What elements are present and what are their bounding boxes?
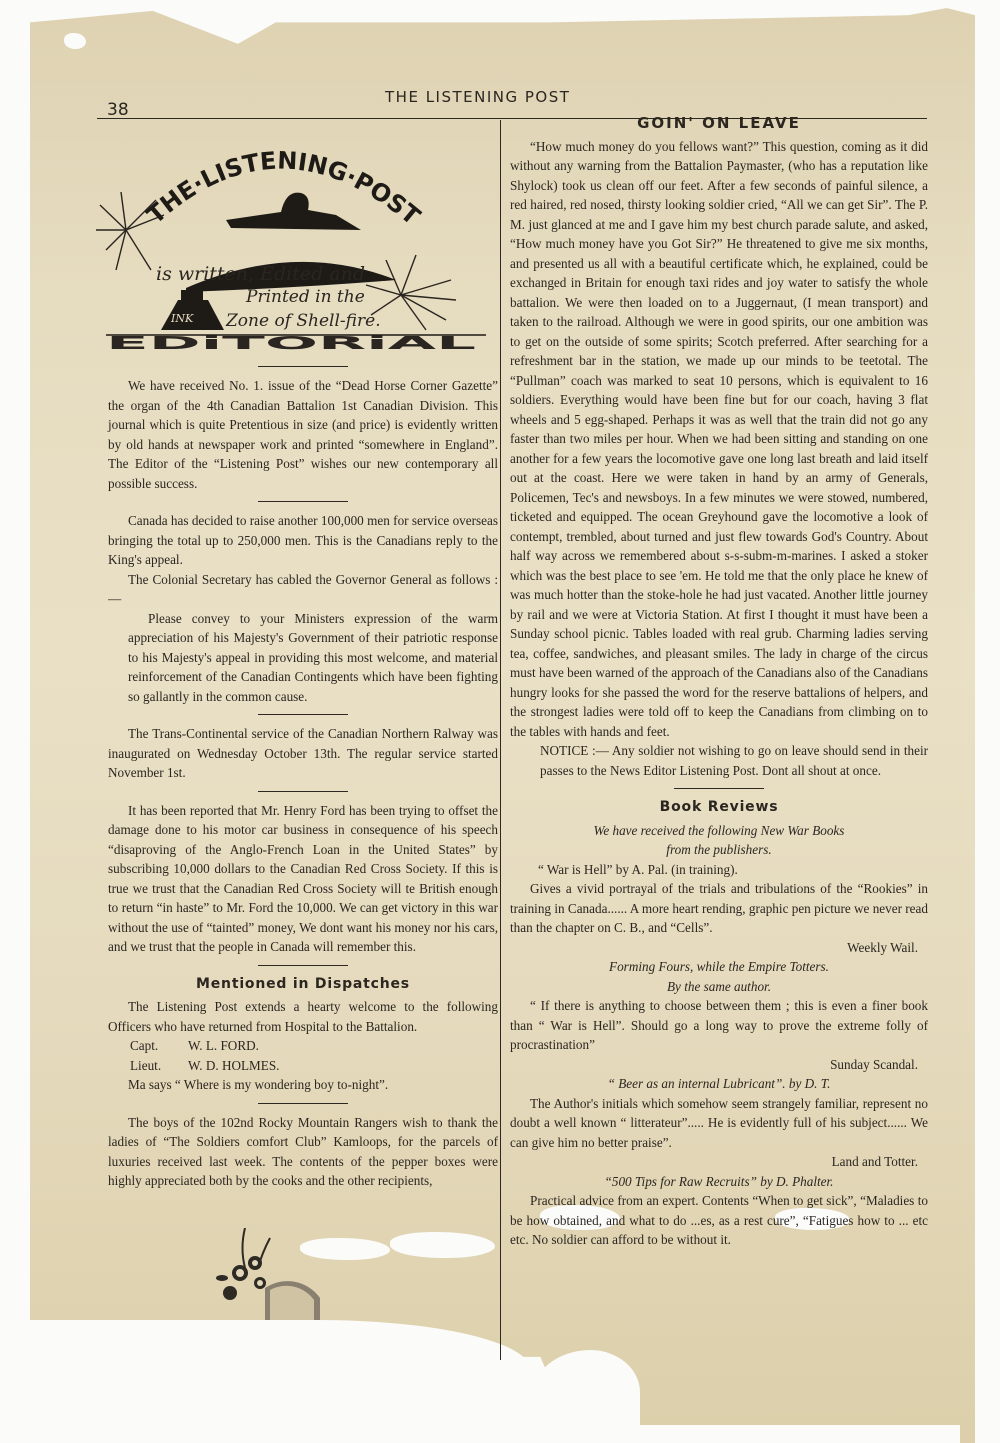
officer-name: W. L. FORD. [188,1036,259,1056]
review-item: “500 Tips for Raw Recruits” by D. Phalte… [510,1172,928,1250]
section-rule [258,965,348,966]
editorial-paragraph: Canada has decided to raise another 100,… [108,511,498,570]
editorial-paragraph: We have received No. 1. issue of the “De… [108,376,498,493]
review-subheading: By the same author. [510,977,928,997]
review-item: “ War is Hell” by A. Pal. (in training).… [510,860,928,958]
review-heading: Forming Fours, while the Empire Totters. [510,957,928,977]
left-column: THE·LISTENING·POST INK is written, Edite… [108,120,498,1191]
page-number: 38 [107,100,129,120]
book-reviews-title: Book Reviews [510,798,928,818]
masthead-script-line-3: Zone of Shell-fire. [225,311,381,331]
review-source: Sunday Scandal. [510,1055,928,1075]
ink-label: INK [170,312,194,325]
running-title: THE LISTENING POST [385,88,570,106]
tear-hole [560,1425,960,1443]
reviews-subtitle: We have received the following New War B… [510,821,928,841]
tear-hole [0,1320,530,1443]
tear-hole [64,33,86,49]
review-heading: “ Beer as an internal Lubricant”. by D. … [510,1074,928,1094]
officer-name: W. D. HOLMES. [188,1056,279,1076]
editorial-paragraph: The Colonial Secretary has cabled the Go… [108,570,498,609]
editorial-paragraph: The boys of the 102nd Rocky Mountain Ran… [108,1113,498,1191]
reviews-subtitle: from the publishers. [510,840,928,860]
review-item: “ Beer as an internal Lubricant”. by D. … [510,1074,928,1172]
officer-entry: Capt. W. L. FORD. [108,1036,498,1056]
dispatches-intro: The Listening Post extends a hearty welc… [108,997,498,1036]
masthead-script-line-2: Printed in the [245,287,365,307]
review-source: Weekly Wail. [510,938,928,958]
review-body: Practical advice from an expert. Content… [510,1191,928,1250]
section-rule [674,788,764,789]
leave-body: “How much money do you fellows want?” Th… [510,137,928,742]
section-rule [258,1103,348,1104]
editorial-banner: EDiTORiAL [106,333,476,352]
dispatches-closing: Ma says “ Where is my wondering boy to-n… [108,1075,498,1095]
review-body: The Author's initials which somehow seem… [510,1094,928,1153]
notice-label: NOTICE :— [540,743,609,758]
review-body: “ If there is anything to choose between… [510,996,928,1055]
section-rule [258,714,348,715]
editorial-masthead: THE·LISTENING·POST INK is written, Edite… [96,120,496,352]
masthead-script-line-1: is written, Edited and [156,263,365,285]
cable-quote: Please convey to your Ministers expressi… [108,609,498,707]
review-heading: “ War is Hell” by A. Pal. (in training). [510,860,928,880]
editorial-paragraph: It has been reported that Mr. Henry Ford… [108,801,498,957]
tear-hole [390,1232,495,1258]
review-heading: “500 Tips for Raw Recruits” by D. Phalte… [510,1172,928,1192]
review-source: Land and Totter. [510,1152,928,1172]
dispatches-title: Mentioned in Dispatches [108,975,498,995]
officer-rank: Capt. [130,1036,188,1056]
section-rule [258,366,348,367]
review-item: Forming Fours, while the Empire Totters.… [510,957,928,1074]
soldier-silhouette-icon [226,193,361,230]
leave-title: GOIN' ON LEAVE [510,114,928,134]
officer-rank: Lieut. [130,1056,188,1076]
floral-ornament-icon [210,1228,330,1320]
review-body: Gives a vivid portrayal of the trials an… [510,879,928,938]
notice: NOTICE :— Any soldier not wishing to go … [510,741,928,780]
section-rule [258,791,348,792]
officer-entry: Lieut. W. D. HOLMES. [108,1056,498,1076]
column-divider [500,120,501,1360]
editorial-paragraph: The Trans-Continental service of the Can… [108,724,498,783]
section-rule [258,501,348,502]
right-column: GOIN' ON LEAVE “How much money do you fe… [510,112,928,1250]
